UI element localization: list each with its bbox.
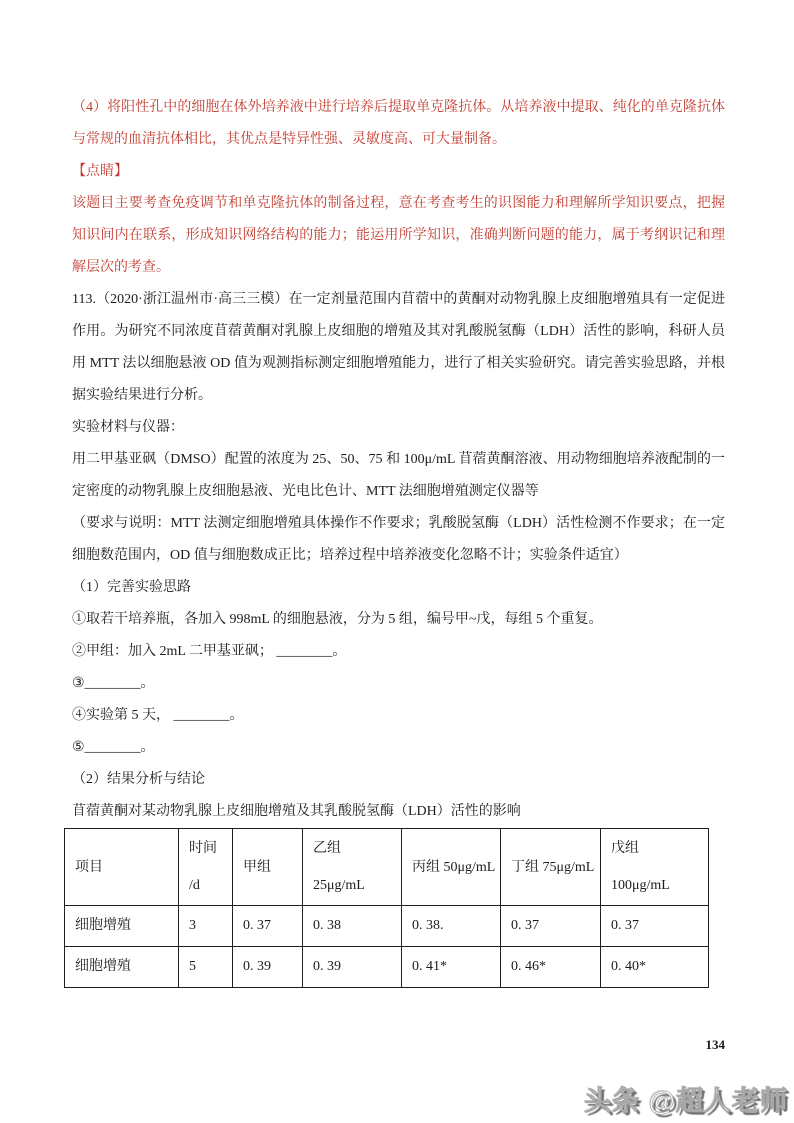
results-table: 项目 时间/d 甲组 乙组25μg/mL 丙组 50μg/mL 丁组 75μg/…: [64, 828, 709, 988]
cell-time: 5: [179, 947, 233, 988]
doc-line: 知识间内在联系，形成知识网络结构的能力；能运用所学知识，准确判断问题的能力，属于…: [72, 220, 725, 252]
cell-value: 0. 38: [303, 906, 402, 947]
col-header-time: 时间/d: [179, 829, 233, 906]
cell-value: 0. 37: [501, 906, 601, 947]
step-1-line: ①取若干培养瓶，各加入 998mL 的细胞悬液，分为 5 组，编号甲~戊，每组 …: [72, 604, 725, 636]
document-body: （4）将阳性孔中的细胞在体外培养液中进行培养后提取单克隆抗体。从培养液中提取、纯…: [72, 92, 725, 988]
materials-heading: 实验材料与仪器：: [72, 412, 725, 444]
watermark: 头条 @超人老师: [584, 1079, 788, 1118]
doc-line: 用二甲基亚砜（DMSO）配置的浓度为 25、50、75 和 100μ/mL 苜蓿…: [72, 444, 725, 476]
table-row: 细胞增殖 3 0. 37 0. 38 0. 38. 0. 37 0. 37: [65, 906, 709, 947]
step-3-blank-line: ③________。: [72, 668, 725, 700]
cell-value: 0. 37: [601, 906, 709, 947]
subquestion-2-heading: （2）结果分析与结论: [72, 764, 725, 796]
table-title: 苜蓿黄酮对某动物乳腺上皮细胞增殖及其乳酸脱氢酶（LDH）活性的影响: [72, 796, 725, 828]
document-page: （4）将阳性孔中的细胞在体外培养液中进行培养后提取单克隆抗体。从培养液中提取、纯…: [0, 0, 794, 1123]
question-number-line: 113.（2020·浙江温州市·高三三模）在一定剂量范围内苜蓿中的黄酮对动物乳腺…: [72, 284, 725, 316]
cell-value: 0. 39: [233, 947, 303, 988]
col-header-group-bing: 丙组 50μg/mL: [402, 829, 501, 906]
step-2-line-with-blank: ②甲组：加入 2mL 二甲基亚砜； ________。: [72, 636, 725, 668]
doc-line: 与常规的血清抗体相比，其优点是特异性强、灵敏度高、可大量制备。: [72, 124, 725, 156]
doc-line: 解层次的考查。: [72, 252, 725, 284]
doc-line: 用 MTT 法以细胞悬液 OD 值为观测指标测定细胞增殖能力，进行了相关实验研究…: [72, 348, 725, 380]
hint-heading: 【点睛】: [72, 156, 725, 188]
subquestion-1-heading: （1）完善实验思路: [72, 572, 725, 604]
col-header-item: 项目: [65, 829, 179, 906]
doc-line: （要求与说明：MTT 法测定细胞增殖具体操作不作要求；乳酸脱氢酶（LDH）活性检…: [72, 508, 725, 540]
doc-line: （4）将阳性孔中的细胞在体外培养液中进行培养后提取单克隆抗体。从培养液中提取、纯…: [72, 92, 725, 124]
cell-value: 0. 40*: [601, 947, 709, 988]
step-4-line-with-blank: ④实验第 5 天， ________。: [72, 700, 725, 732]
col-header-group-jia: 甲组: [233, 829, 303, 906]
col-header-group-ding: 丁组 75μg/mL: [501, 829, 601, 906]
cell-value: 0. 38.: [402, 906, 501, 947]
table-header-row: 项目 时间/d 甲组 乙组25μg/mL 丙组 50μg/mL 丁组 75μg/…: [65, 829, 709, 906]
cell-value: 0. 41*: [402, 947, 501, 988]
col-header-group-yi: 乙组25μg/mL: [303, 829, 402, 906]
col-header-group-wu: 戊组100μg/mL: [601, 829, 709, 906]
cell-item: 细胞增殖: [65, 947, 179, 988]
table-row: 细胞增殖 5 0. 39 0. 39 0. 41* 0. 46* 0. 40*: [65, 947, 709, 988]
doc-line: 该题目主要考查免疫调节和单克隆抗体的制备过程，意在考查考生的识图能力和理解所学知…: [72, 188, 725, 220]
doc-line: 定密度的动物乳腺上皮细胞悬液、光电比色计、MTT 法细胞增殖测定仪器等: [72, 476, 725, 508]
cell-value: 0. 39: [303, 947, 402, 988]
doc-line: 据实验结果进行分析。: [72, 380, 725, 412]
cell-value: 0. 46*: [501, 947, 601, 988]
cell-item: 细胞增殖: [65, 906, 179, 947]
cell-value: 0. 37: [233, 906, 303, 947]
page-number: 134: [0, 1037, 794, 1053]
doc-line: 细胞数范围内，OD 值与细胞数成正比；培养过程中培养液变化忽略不计；实验条件适宜…: [72, 540, 725, 572]
doc-line: 作用。为研究不同浓度苜蓿黄酮对乳腺上皮细胞的增殖及其对乳酸脱氢酶（LDH）活性的…: [72, 316, 725, 348]
cell-time: 3: [179, 906, 233, 947]
step-5-blank-line: ⑤________。: [72, 732, 725, 764]
